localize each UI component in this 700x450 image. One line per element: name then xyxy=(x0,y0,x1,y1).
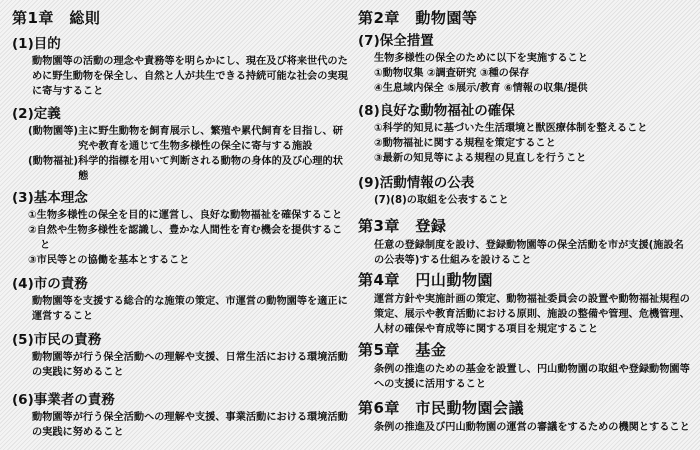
section-5-title: (5)市民の責務 xyxy=(12,331,350,350)
chapter-6-title: 第6章 市民動物園会議 xyxy=(358,398,700,418)
section-2-definitions: (2)定義 (動物園等) 主に野生動物を飼育展示し、繁殖や累代飼育を目指し、研究… xyxy=(12,105,350,184)
list-item: ①生物多様性の保全を目的に運営し、良好な動物福祉を確保すること xyxy=(28,208,350,223)
section-8-animal-welfare: (8)良好な動物福祉の確保 ①科学的知見に基づいた生活環境と獣医療体制を整えるこ… xyxy=(358,102,693,166)
section-7-title: (7)保全措置 xyxy=(358,32,693,51)
definitions-list: (動物園等) 主に野生動物を飼育展示し、繁殖や累代飼育を目指し、研究や教育を通じ… xyxy=(12,124,350,184)
chapter-5-title: 第5章 基金 xyxy=(358,340,693,360)
section-6-business-duties: (6)事業者の責務 動物園等が行う保全活動への理解や支援、事業活動における環境活… xyxy=(12,391,350,440)
section-4-text: 動物園等を支援する総合的な施策の策定、市運営の動物園等を適正に運営すること xyxy=(12,294,350,324)
welfare-list: ①科学的知見に基づいた生活環境と獣医療体制を整えること ②動物福祉に関する規程を… xyxy=(358,121,693,166)
chapter-5-text: 条例の推進のための基金を設置し、円山動物園の取組や登録動物園等への支援に活用する… xyxy=(358,362,693,392)
section-1-title: (1)目的 xyxy=(12,35,350,54)
conservation-list: 生物多様性の保全のために以下を実施すること ①動物収集 ②調査研究 ③種の保存 … xyxy=(358,51,693,96)
section-5-text: 動物園等が行う保全活動への理解や支援、日常生活における環境活動の実践に努めること xyxy=(12,350,350,380)
chapter-4-maruyama-zoo: 第4章 円山動物園 運営方針や実施計画の策定、動物福祉委員会の設置や動物福祉規程… xyxy=(358,270,693,337)
chapter-3-registration: 第3章 登録 任意の登録制度を設け、登録動物園等の保全活動を市が支援(施設名の公… xyxy=(358,216,693,268)
chapter-2-title: 第2章 動物園等 xyxy=(358,8,477,28)
section-9-disclosure: (9)活動情報の公表 (7)(8)の取組を公表すること xyxy=(358,174,693,208)
section-5-citizen-duties: (5)市民の責務 動物園等が行う保全活動への理解や支援、日常生活における環境活動… xyxy=(12,331,350,380)
list-item: ③最新の知見等による規程の見直しを行うこと xyxy=(374,151,693,166)
list-item: 生物多様性の保全のために以下を実施すること xyxy=(374,51,693,66)
section-1-text: 動物園等の活動の理念や責務等を明らかにし、現在及び将来世代のために野生動物を保全… xyxy=(12,54,350,99)
list-item: ④生息域内保全 ⑤展示/教育 ⑥情報の収集/提供 xyxy=(374,81,693,96)
section-7-conservation: (7)保全措置 生物多様性の保全のために以下を実施すること ①動物収集 ②調査研… xyxy=(358,32,693,96)
definition-desc: 主に野生動物を飼育展示し、繁殖や累代飼育を目指し、研究や教育を通じて生物多様性の… xyxy=(78,124,350,154)
list-item: ②自然や生物多様性を認識し、豊かな人間性を育む機会を提供すること xyxy=(28,223,350,253)
chapter-4-text: 運営方針や実施計画の策定、動物福祉委員会の設置や動物福祉規程の策定、展示や教育活… xyxy=(358,292,693,337)
chapter-1-title: 第1章 総則 xyxy=(12,8,100,28)
section-4-title: (4)市の責務 xyxy=(12,275,350,294)
definition-desc: 科学的指標を用いて判断される動物の身体的及び心理的状態 xyxy=(78,154,350,184)
chapter-3-text: 任意の登録制度を設け、登録動物園等の保全活動を市が支援(施設名の公表等)する仕組… xyxy=(358,238,693,268)
definition-zoo: (動物園等) 主に野生動物を飼育展示し、繁殖や累代飼育を目指し、研究や教育を通じ… xyxy=(28,124,350,154)
section-6-title: (6)事業者の責務 xyxy=(12,391,350,410)
section-3-title: (3)基本理念 xyxy=(12,189,350,208)
chapter-6-citizen-zoo-council: 第6章 市民動物園会議 条例の推進及び円山動物園の運営の審議をするための機関とす… xyxy=(358,398,700,435)
chapter-5-fund: 第5章 基金 条例の推進のための基金を設置し、円山動物園の取組や登録動物園等への… xyxy=(358,340,693,392)
principles-list: ①生物多様性の保全を目的に運営し、良好な動物福祉を確保すること ②自然や生物多様… xyxy=(12,208,350,268)
section-3-principles: (3)基本理念 ①生物多様性の保全を目的に運営し、良好な動物福祉を確保すること … xyxy=(12,189,350,268)
chapter-3-title: 第3章 登録 xyxy=(358,216,693,236)
list-item: ①科学的知見に基づいた生活環境と獣医療体制を整えること xyxy=(374,121,693,136)
section-2-title: (2)定義 xyxy=(12,105,350,124)
section-4-city-duties: (4)市の責務 動物園等を支援する総合的な施策の策定、市運営の動物園等を適正に運… xyxy=(12,275,350,324)
section-9-title: (9)活動情報の公表 xyxy=(358,174,693,193)
section-6-text: 動物園等が行う保全活動への理解や支援、事業活動における環境活動の実践に努めること xyxy=(12,410,350,440)
list-item: ③市民等との協働を基本とすること xyxy=(28,253,350,268)
section-9-text: (7)(8)の取組を公表すること xyxy=(358,193,693,208)
chapter-1: 第1章 総則 xyxy=(12,8,100,28)
chapter-6-text: 条例の推進及び円山動物園の運営の審議をするための機関とすること xyxy=(358,420,700,435)
chapter-2: 第2章 動物園等 xyxy=(358,8,477,28)
list-item: ②動物福祉に関する規程を策定すること xyxy=(374,136,693,151)
section-1-purpose: (1)目的 動物園等の活動の理念や責務等を明らかにし、現在及び将来世代のために野… xyxy=(12,35,350,99)
section-8-title: (8)良好な動物福祉の確保 xyxy=(358,102,693,121)
definition-term: (動物園等) xyxy=(28,124,78,154)
list-item: ①動物収集 ②調査研究 ③種の保存 xyxy=(374,66,693,81)
definition-animal-welfare: (動物福祉) 科学的指標を用いて判断される動物の身体的及び心理的状態 xyxy=(28,154,350,184)
definition-term: (動物福祉) xyxy=(28,154,78,184)
chapter-4-title: 第4章 円山動物園 xyxy=(358,270,693,290)
